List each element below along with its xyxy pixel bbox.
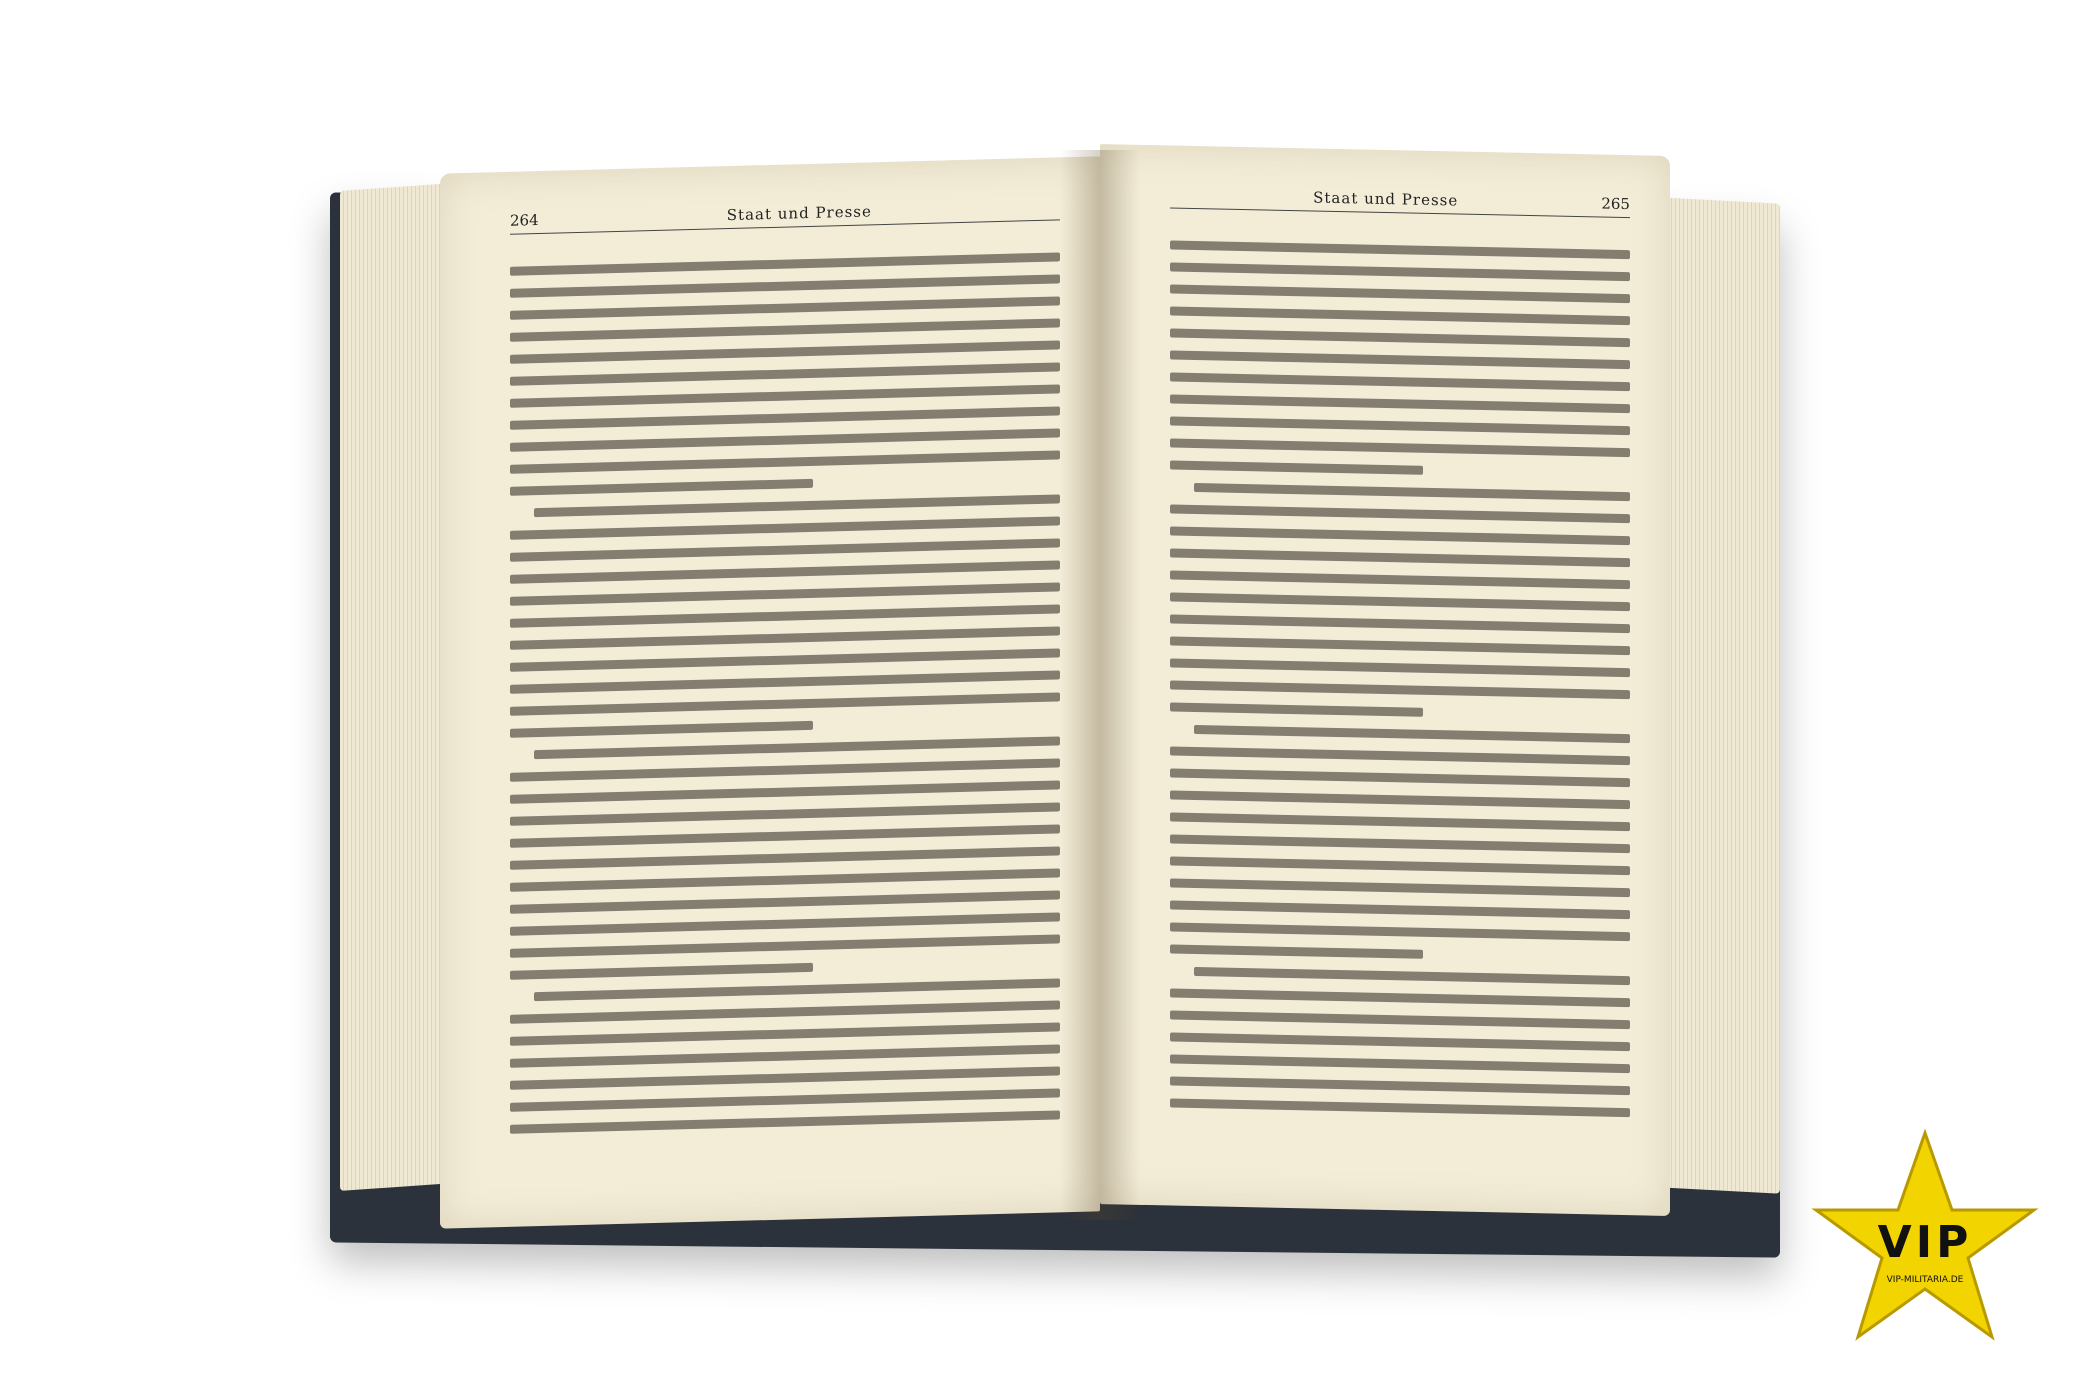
text-line-placeholder [1170,306,1630,325]
text-line-placeholder [1170,416,1630,435]
watermark-subtitle: VIP-MILITARIA.DE [1810,1275,2040,1285]
text-line-placeholder [1170,438,1630,457]
text-line-placeholder [510,538,1060,561]
text-line-placeholder [510,479,813,496]
text-line-placeholder [1170,746,1630,765]
right-body-text-placeholder [1170,240,1630,1155]
text-line-placeholder [510,963,813,980]
text-line-placeholder [1170,240,1630,259]
text-line-placeholder [510,868,1060,891]
left-running-title: Staat und Presse [727,202,872,224]
text-line-placeholder [1170,614,1630,633]
left-running-head: 264 Staat und Presse [510,197,1060,234]
text-line-placeholder [1194,967,1630,985]
text-line-placeholder [1170,900,1630,919]
text-line-placeholder [510,626,1060,649]
text-line-placeholder [1170,372,1630,391]
text-line-placeholder [1170,922,1630,941]
text-line-placeholder [1170,262,1630,281]
text-line-placeholder [510,450,1060,473]
text-line-placeholder [1170,834,1630,853]
text-line-placeholder [510,670,1060,693]
text-line-placeholder [510,582,1060,605]
vip-watermark: VIP VIP-MILITARIA.DE [1810,1125,2040,1355]
text-line-placeholder [1170,988,1630,1007]
text-line-placeholder [534,494,1060,517]
text-line-placeholder [1170,548,1630,567]
text-line-placeholder [510,406,1060,429]
text-line-placeholder [1170,1054,1630,1073]
text-line-placeholder [510,604,1060,627]
text-line-placeholder [510,252,1060,275]
text-line-placeholder [1170,1076,1630,1095]
text-line-placeholder [510,362,1060,385]
right-running-head: Staat und Presse 265 [1170,185,1630,218]
text-line-placeholder [510,721,813,738]
text-line-placeholder [510,428,1060,451]
text-line-placeholder [510,1066,1060,1089]
text-line-placeholder [1170,680,1630,699]
text-line-placeholder [1194,725,1630,743]
text-line-placeholder [510,692,1060,715]
text-line-placeholder [1170,878,1630,897]
text-line-placeholder [510,296,1060,319]
text-line-placeholder [510,384,1060,407]
text-line-placeholder [1170,526,1630,545]
text-line-placeholder [510,1088,1060,1111]
text-line-placeholder [534,736,1060,759]
text-line-placeholder [1170,570,1630,589]
text-line-placeholder [510,802,1060,825]
text-line-placeholder [1170,1098,1630,1117]
text-line-placeholder [510,274,1060,297]
text-line-placeholder [1170,856,1630,875]
text-line-placeholder [510,560,1060,583]
text-line-placeholder [510,890,1060,913]
text-line-placeholder [1170,1032,1630,1051]
text-line-placeholder [510,846,1060,869]
text-line-placeholder [1170,636,1630,655]
text-line-placeholder [1170,504,1630,523]
book-gutter-shadow [1060,150,1140,1220]
text-line-placeholder [510,758,1060,781]
text-line-placeholder [1170,944,1423,958]
text-line-placeholder [1170,812,1630,831]
right-page: Staat und Presse 265 [1100,144,1670,1216]
text-line-placeholder [510,340,1060,363]
text-line-placeholder [1170,768,1630,787]
text-line-placeholder [1170,460,1423,474]
text-line-placeholder [510,1110,1060,1133]
text-line-placeholder [1170,658,1630,677]
text-line-placeholder [1170,284,1630,303]
text-line-placeholder [1170,702,1423,716]
text-line-placeholder [510,824,1060,847]
text-line-placeholder [510,516,1060,539]
watermark-label: VIP [1810,1217,2040,1268]
text-line-placeholder [510,912,1060,935]
text-line-placeholder [510,1044,1060,1067]
right-running-title: Staat und Presse [1313,188,1458,209]
text-line-placeholder [510,1000,1060,1023]
text-line-placeholder [510,780,1060,803]
text-line-placeholder [1170,1010,1630,1029]
text-line-placeholder [1170,790,1630,809]
text-line-placeholder [1170,394,1630,413]
text-line-placeholder [510,648,1060,671]
text-line-placeholder [534,978,1060,1001]
photo-scene: 264 Staat und Presse Staat und Presse 26… [0,0,2100,1400]
text-line-placeholder [1170,592,1630,611]
text-line-placeholder [510,318,1060,341]
right-page-number: 265 [1601,195,1630,214]
left-body-text-placeholder [510,252,1060,1166]
text-line-placeholder [1194,483,1630,501]
left-page: 264 Staat und Presse [440,156,1100,1228]
text-line-placeholder [1170,350,1630,369]
text-line-placeholder [510,1022,1060,1045]
left-page-number: 264 [510,211,539,230]
text-line-placeholder [510,934,1060,957]
text-line-placeholder [1170,328,1630,347]
